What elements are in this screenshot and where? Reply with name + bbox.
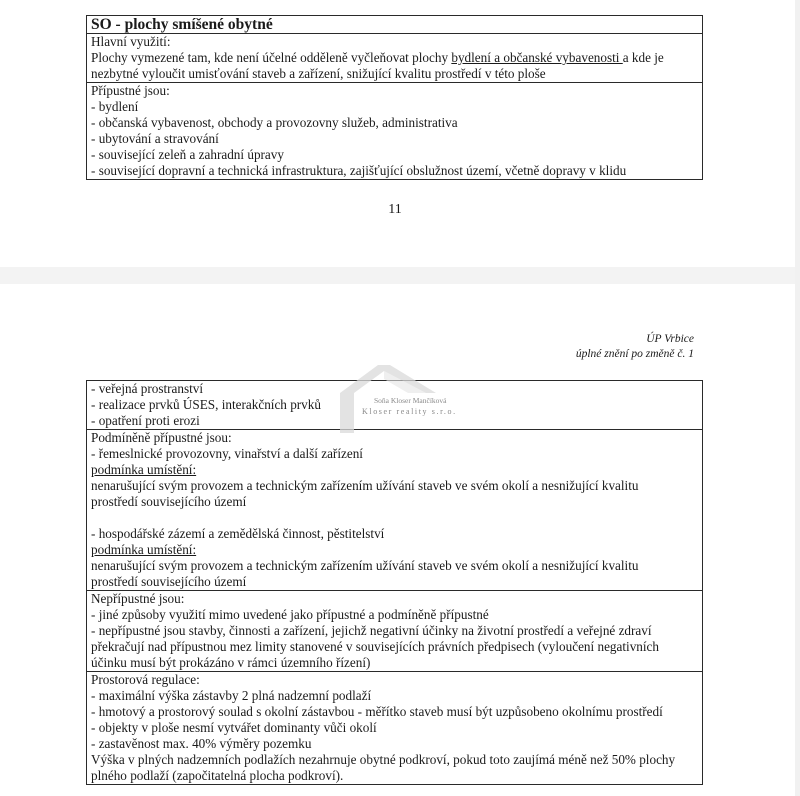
spatial-heading: Prostorová regulace: — [91, 672, 698, 688]
viewer-edge-strip — [795, 0, 800, 796]
header-title: ÚP Vrbice — [576, 332, 694, 347]
not-permitted-heading: Nepřípustné jsou: — [91, 591, 698, 607]
list-item: - občanská vybavenost, obchody a provozo… — [91, 115, 698, 131]
list-item: - zastavěnost max. 40% výměry pozemku — [91, 736, 698, 752]
page-12: ÚP Vrbice úplné znění po změně č. 1 - ve… — [0, 284, 795, 796]
main-use-underlined-term: bydlení a občanské vybavenosti — [451, 50, 622, 65]
list-item: - jiné způsoby využití mimo uvedené jako… — [91, 607, 698, 623]
condition-text: prostředí souvisejícího území — [91, 494, 698, 510]
list-item: - objekty v ploše nesmí vytvářet dominan… — [91, 720, 698, 736]
spacer — [91, 510, 698, 526]
page-11: SO - plochy smíšené obytné Hlavní využit… — [0, 0, 795, 267]
document-viewer[interactable]: SO - plochy smíšené obytné Hlavní využit… — [0, 0, 800, 796]
list-item: - související zeleň a zahradní úpravy — [91, 147, 698, 163]
condition-label: podmínka umístění: — [91, 462, 698, 478]
list-item: - veřejná prostranství — [91, 381, 698, 397]
permitted-cell: Přípustné jsou: - bydlení - občanská vyb… — [87, 83, 703, 180]
spatial-regulation-cell: Prostorová regulace: - maximální výška z… — [87, 672, 703, 785]
list-item: - hmotový a prostorový soulad s okolní z… — [91, 704, 698, 720]
table-title-text: SO - plochy smíšené obytné — [91, 16, 273, 33]
condition-label: podmínka umístění: — [91, 542, 698, 558]
zoning-regulation-table-so-continued: - veřejná prostranství - realizace prvků… — [86, 380, 703, 785]
list-item: - maximální výška zástavby 2 plná nadzem… — [91, 688, 698, 704]
list-item: - související dopravní a technická infra… — [91, 163, 698, 179]
conditional-heading: Podmíněně přípustné jsou: — [91, 430, 698, 446]
main-use-cell: Hlavní využití: Plochy vymezené tam, kde… — [87, 34, 703, 83]
permitted-continued-cell: - veřejná prostranství - realizace prvků… — [87, 381, 703, 430]
permitted-heading: Přípustné jsou: — [91, 83, 698, 99]
table-title: SO - plochy smíšené obytné — [87, 16, 703, 34]
list-item: - nepřípustné jsou stavby, činnosti a za… — [91, 623, 698, 639]
zoning-regulation-table-so: SO - plochy smíšené obytné Hlavní využit… — [86, 15, 703, 180]
main-use-text-part: a kde je — [623, 50, 664, 65]
main-use-text-line2: nezbytné vyloučit umisťování staveb a za… — [91, 66, 698, 82]
list-item: - opatření proti erozi — [91, 413, 698, 429]
condition-text: prostředí souvisejícího území — [91, 574, 698, 590]
spatial-note: plného podlaží (započitatelná plocha pod… — [91, 768, 698, 784]
not-permitted-cell: Nepřípustné jsou: - jiné způsoby využití… — [87, 591, 703, 672]
main-use-text-part: Plochy vymezené tam, kde není účelné odd… — [91, 50, 451, 65]
condition-text: nenarušující svým provozem a technickým … — [91, 478, 698, 494]
list-item: - bydlení — [91, 99, 698, 115]
list-item-continued: účinku musí být prokázáno v rámci územní… — [91, 655, 698, 671]
list-item: - hospodářské zázemí a zemědělská činnos… — [91, 526, 698, 542]
list-item: - ubytování a stravování — [91, 131, 698, 147]
list-item: - realizace prvků ÚSES, interakčních prv… — [91, 397, 698, 413]
header-subtitle: úplné znění po změně č. 1 — [576, 347, 694, 362]
running-header: ÚP Vrbice úplné znění po změně č. 1 — [576, 332, 694, 362]
spatial-note: Výška v plných nadzemních podlažích neza… — [91, 752, 698, 768]
list-item-continued: překračují nad přípustnou mez limity sta… — [91, 639, 698, 655]
main-use-text-line1: Plochy vymezené tam, kde není účelné odd… — [91, 50, 698, 66]
main-use-heading: Hlavní využití: — [91, 34, 698, 50]
conditional-cell: Podmíněně přípustné jsou: - řemeslnické … — [87, 430, 703, 591]
list-item: - řemeslnické provozovny, vinařství a da… — [91, 446, 698, 462]
page-number: 11 — [0, 202, 790, 218]
condition-text: nenarušující svým provozem a technickým … — [91, 558, 698, 574]
